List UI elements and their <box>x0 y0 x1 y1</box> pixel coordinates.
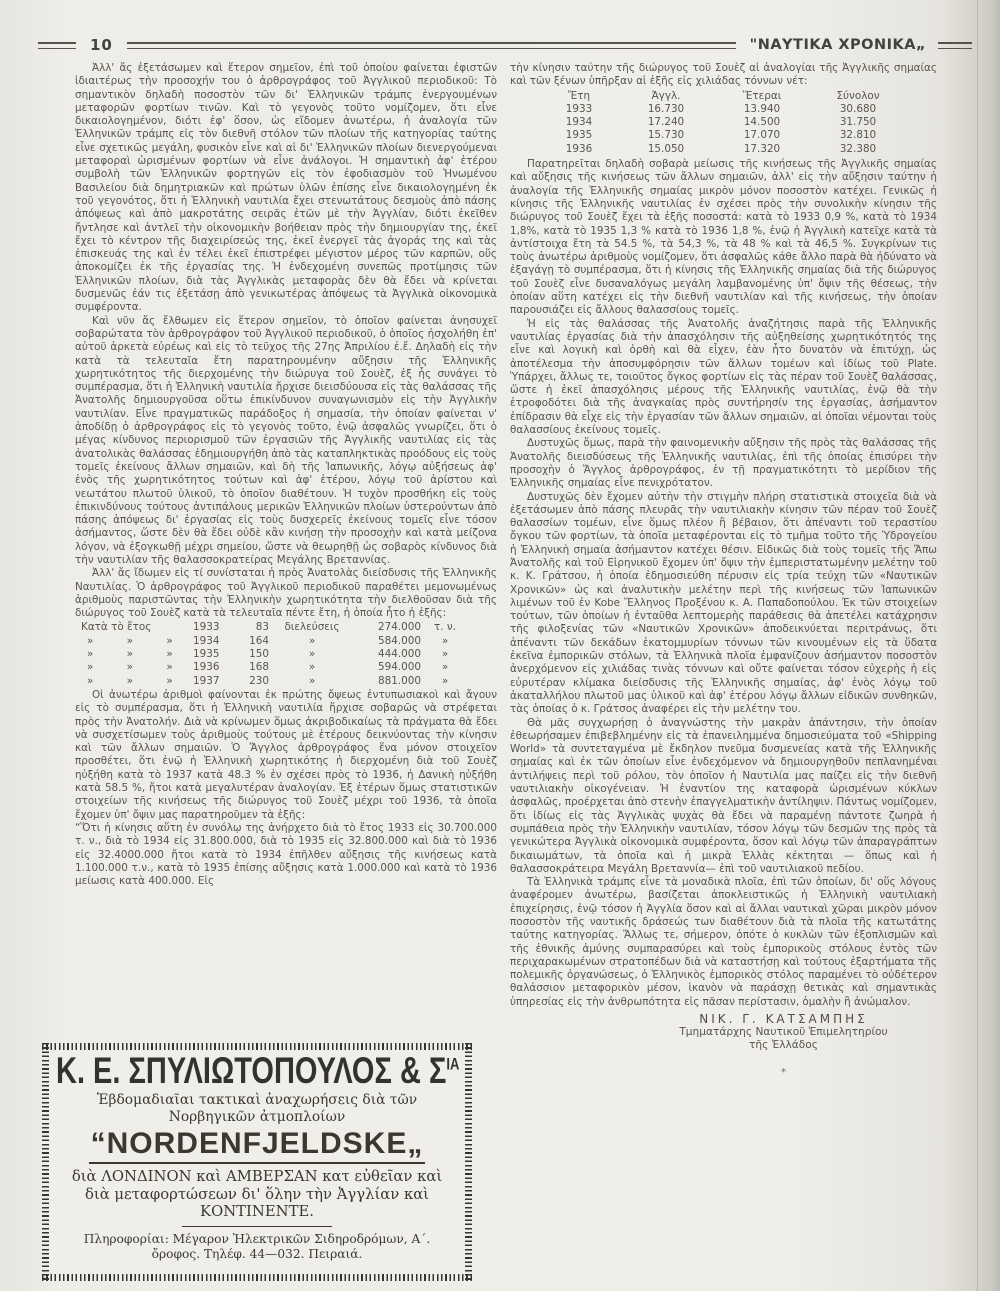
table-cell: 584.000 <box>355 635 421 648</box>
table-cell: 1936 <box>540 143 618 156</box>
table-cell: 1934 <box>540 116 618 129</box>
table-cell: » » » <box>81 635 193 648</box>
table-row: » » » 1936 168 » 594.000 » <box>81 661 497 674</box>
magazine-page: 10 "ΝΑΥΤΙΚΑ ΧΡΟΝΙΚΑ„ Ἀλλ' ἄς ἐξετάσωμεν … <box>0 0 1000 1291</box>
table-cell: 32.380 <box>810 143 906 156</box>
table-header-cell: Ἀγγλ. <box>618 90 714 103</box>
table-cell: 230 <box>235 675 269 688</box>
header-rule-left <box>38 42 76 49</box>
ad-contact-info: Πληροφορίαι: Μέγαρον Ἠλεκτρικῶν Σιδηροδρ… <box>56 1232 458 1262</box>
ad-border-bottom <box>42 1274 472 1281</box>
table-cell: 17.240 <box>618 116 714 129</box>
canal-flags-table: Ἔτη Ἀγγλ. Ἕτεραι Σύνολον 1933 16.730 13.… <box>510 90 937 156</box>
body-paragraph: Ἀλλ' ἄς ἴδωμεν εἰς τί συνίσταται ἡ πρὸς … <box>75 567 497 620</box>
author-title-line1: Τμηματάρχης Ναυτικοῦ Ἐπιμελητηρίου <box>630 1026 937 1039</box>
table-cell: 15.730 <box>618 129 714 142</box>
table-row: 1933 16.730 13.940 30.680 <box>510 103 937 116</box>
table-row: » » » 1937 230 » 881.000 » <box>81 675 497 688</box>
table-cell: 30.680 <box>810 103 906 116</box>
table-cell: 17.070 <box>714 129 810 142</box>
table-row: 1936 15.050 17.320 32.380 <box>510 143 937 156</box>
table-header-cell: Ἔτη <box>540 90 618 103</box>
table-cell: 594.000 <box>355 661 421 674</box>
table-cell: 1935 <box>540 129 618 142</box>
table-cell: » <box>421 675 469 688</box>
ad-company-suffix: ΙΑ <box>446 1054 459 1073</box>
table-cell: » » » <box>81 675 193 688</box>
ad-destinations: διὰ ΛΟΝΔΙΝΟΝ καὶ ΑΜΒΕΡΣΑΝ κατ εὐθεῖαν κα… <box>56 1168 458 1221</box>
ad-subtitle-line2: Νορβηγικῶν ἀτμοπλοίων <box>56 1109 458 1126</box>
ad-company-main: Κ. Ε. ΣΠΥΛΙΩΤΟΠΟΥΛΟΣ & Σ <box>56 1051 446 1092</box>
page-number: 10 <box>90 36 113 54</box>
table-cell: διελεύσεις <box>269 621 355 634</box>
ad-subtitle-line1: Ἑβδομαδιαῖαι τακτικαὶ ἀναχωρήσεις διὰ τῶ… <box>56 1092 458 1109</box>
ad-company-name: Κ. Ε. ΣΠΥΛΙΩΤΟΠΟΥΛΟΣ & ΣΙΑ <box>56 1051 458 1093</box>
table-cell: τ. ν. <box>421 621 469 634</box>
table-row: » » » 1934 164 » 584.000 » <box>81 635 497 648</box>
table-cell: » <box>269 661 355 674</box>
author-title-line2: τῆς Ἑλλάδος <box>630 1039 937 1052</box>
scan-page-edge <box>977 0 978 1291</box>
right-column: τὴν κίνησιν ταύτην τῆς διώρυγος τοῦ Σουὲ… <box>510 62 937 1080</box>
table-cell: 16.730 <box>618 103 714 116</box>
ad-brand-name: “NORDENFJELDSKE„ <box>89 1127 426 1164</box>
body-paragraph: Δυστυχῶς δὲν ἔχομεν αὐτὴν τὴν στιγμὴν πλ… <box>510 491 937 717</box>
table-header-row: Ἔτη Ἀγγλ. Ἕτεραι Σύνολον <box>510 90 937 103</box>
page-header: 10 "ΝΑΥΤΙΚΑ ΧΡΟΝΙΚΑ„ <box>38 36 972 54</box>
body-paragraph: τὴν κίνησιν ταύτην τῆς διώρυγος τοῦ Σουὲ… <box>510 62 937 89</box>
header-rule-middle <box>127 42 736 49</box>
table-cell: 14.500 <box>714 116 810 129</box>
ad-border-right <box>465 1043 472 1281</box>
table-cell: 31.750 <box>810 116 906 129</box>
table-cell: 83 <box>235 621 269 634</box>
table-cell: 881.000 <box>355 675 421 688</box>
table-cell: 1935 <box>193 648 235 661</box>
table-row: 1935 15.730 17.070 32.810 <box>510 129 937 142</box>
body-paragraph: Ἡ εἰς τὰς θαλάσσας τῆς Ἀνατολῆς ἀναζήτησ… <box>510 318 937 438</box>
table-cell: 444.000 <box>355 648 421 661</box>
table-cell: 1937 <box>193 675 235 688</box>
table-cell: Κατὰ τὸ ἔτος <box>81 621 193 634</box>
table-header-cell: Σύνολον <box>810 90 906 103</box>
ad-subtitle: Ἑβδομαδιαῖαι τακτικαὶ ἀναχωρήσεις διὰ τῶ… <box>56 1092 458 1125</box>
body-paragraph: Ἀλλ' ἄς ἐξετάσωμεν καὶ ἕτερον σημεῖον, ἐ… <box>75 62 497 315</box>
ad-brand-wrap: “NORDENFJELDSKE„ <box>56 1127 458 1164</box>
table-cell: 1933 <box>193 621 235 634</box>
table-row: » » » 1935 150 » 444.000 » <box>81 648 497 661</box>
body-paragraph: “Ὅτι ἡ κίνησις αὕτη ἐν συνόλῳ της ἀνήρχε… <box>75 822 497 888</box>
table-cell: 1934 <box>193 635 235 648</box>
body-paragraph: Δυστυχῶς ὅμως, παρὰ τὴν φαινομενικὴν αὔξ… <box>510 437 937 490</box>
author-name: ΝΙΚ. Γ. ΚΑΤΣΑΜΠΗΣ <box>630 1013 937 1026</box>
table-cell: 150 <box>235 648 269 661</box>
body-paragraph: Καὶ νῦν ἄς ἔλθωμεν εἰς ἕτερον σημεῖον, τ… <box>75 315 497 568</box>
table-cell: » » » <box>81 661 193 674</box>
article-body: Ἀλλ' ἄς ἐξετάσωμεν καὶ ἕτερον σημεῖον, ἐ… <box>75 62 937 1080</box>
table-cell: » <box>269 648 355 661</box>
table-row: Κατὰ τὸ ἔτος 1933 83 διελεύσεις 274.000 … <box>81 621 497 634</box>
masthead-title: "ΝΑΥΤΙΚΑ ΧΡΟΝΙΚΑ„ <box>750 37 926 53</box>
table-cell: » <box>421 635 469 648</box>
header-rule-right <box>938 42 972 49</box>
table-cell: 15.050 <box>618 143 714 156</box>
table-cell: 168 <box>235 661 269 674</box>
ad-content: Κ. Ε. ΣΠΥΛΙΩΤΟΠΟΥΛΟΣ & ΣΙΑ Ἑβδομαδιαῖαι … <box>56 1051 458 1273</box>
ad-divider <box>182 1226 332 1227</box>
table-cell: » <box>421 648 469 661</box>
body-paragraph: Τὰ Ἑλληνικὰ τράμπς εἶνε τὰ μοναδικὰ πλοῖ… <box>510 876 937 1009</box>
author-signature: ΝΙΚ. Γ. ΚΑΤΣΑΜΠΗΣ Τμηματάρχης Ναυτικοῦ Ἐ… <box>510 1013 937 1052</box>
table-row: 1934 17.240 14.500 31.750 <box>510 116 937 129</box>
table-cell: 13.940 <box>714 103 810 116</box>
body-paragraph: Θὰ μᾶς συγχωρήσῃ ὁ ἀναγνώστης τὴν μακρὰν… <box>510 717 937 877</box>
table-cell: 17.320 <box>714 143 810 156</box>
table-cell: 1933 <box>540 103 618 116</box>
body-paragraph: Παρατηρεῖται δηλαδὴ σοβαρὰ μείωσις τῆς κ… <box>510 158 937 318</box>
table-cell: 164 <box>235 635 269 648</box>
table-cell: 274.000 <box>355 621 421 634</box>
suez-transits-table: Κατὰ τὸ ἔτος 1933 83 διελεύσεις 274.000 … <box>81 621 497 687</box>
table-cell: 32.810 <box>810 129 906 142</box>
table-cell: » <box>269 675 355 688</box>
left-column: Ἀλλ' ἄς ἐξετάσωμεν καὶ ἕτερον σημεῖον, ἐ… <box>75 62 497 1080</box>
table-header-cell: Ἕτεραι <box>714 90 810 103</box>
table-cell: » <box>269 635 355 648</box>
ad-border-top <box>42 1043 472 1050</box>
advertisement-box: Κ. Ε. ΣΠΥΛΙΩΤΟΠΟΥΛΟΣ & ΣΙΑ Ἑβδομαδιαῖαι … <box>42 1043 472 1281</box>
table-cell: » <box>421 661 469 674</box>
footnote-asterisk: * <box>510 1066 937 1079</box>
table-cell: » » » <box>81 648 193 661</box>
table-cell: 1936 <box>193 661 235 674</box>
ad-border-left <box>42 1043 49 1281</box>
body-paragraph: Οἱ ἀνωτέρω ἀριθμοὶ φαίνονται ἐκ πρώτης ὄ… <box>75 689 497 822</box>
